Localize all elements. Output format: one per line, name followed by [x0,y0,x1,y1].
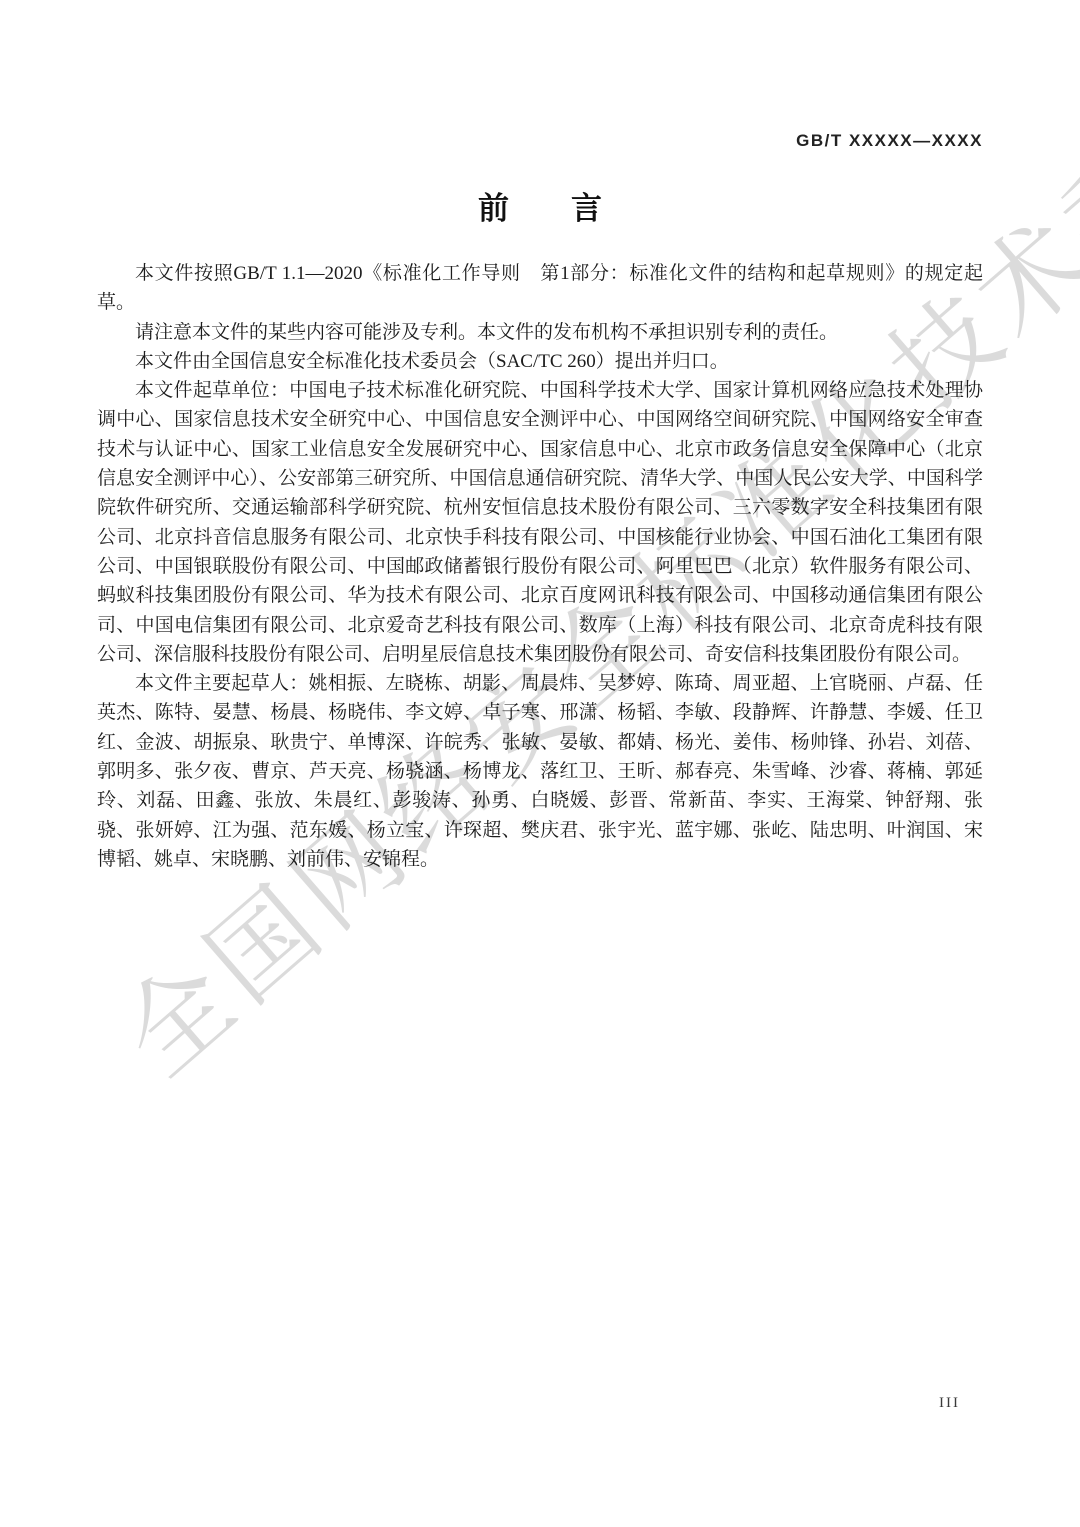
document-page: 全国网络安全标准化技术委员会 GB/T XXXXX—XXXX 前 言 本文件按照… [0,0,1080,1527]
page-number: III [939,1395,960,1412]
standard-code: GB/T XXXXX—XXXX [97,131,983,151]
paragraph-patent-notice: 请注意本文件的某些内容可能涉及专利。本文件的发布机构不承担识别专利的责任。 [97,318,983,347]
page-content: GB/T XXXXX—XXXX 前 言 本文件按照GB/T 1.1—2020《标… [97,0,983,874]
paragraph-main-drafters: 本文件主要起草人：姚相振、左晓栋、胡影、周晨炜、吴梦婷、陈琦、周亚超、上官晓丽、… [97,669,983,874]
paragraph-drafting-organizations: 本文件起草单位：中国电子技术标准化研究院、中国科学技术大学、国家计算机网络应急技… [97,376,983,669]
paragraph-proposing-committee: 本文件由全国信息安全标准化技术委员会（SAC/TC 260）提出并归口。 [97,347,983,376]
foreword-title: 前 言 [97,183,983,228]
paragraph-drafting-rules: 本文件按照GB/T 1.1—2020《标准化工作导则 第1部分：标准化文件的结构… [97,259,983,318]
foreword-body: 本文件按照GB/T 1.1—2020《标准化工作导则 第1部分：标准化文件的结构… [97,259,983,874]
